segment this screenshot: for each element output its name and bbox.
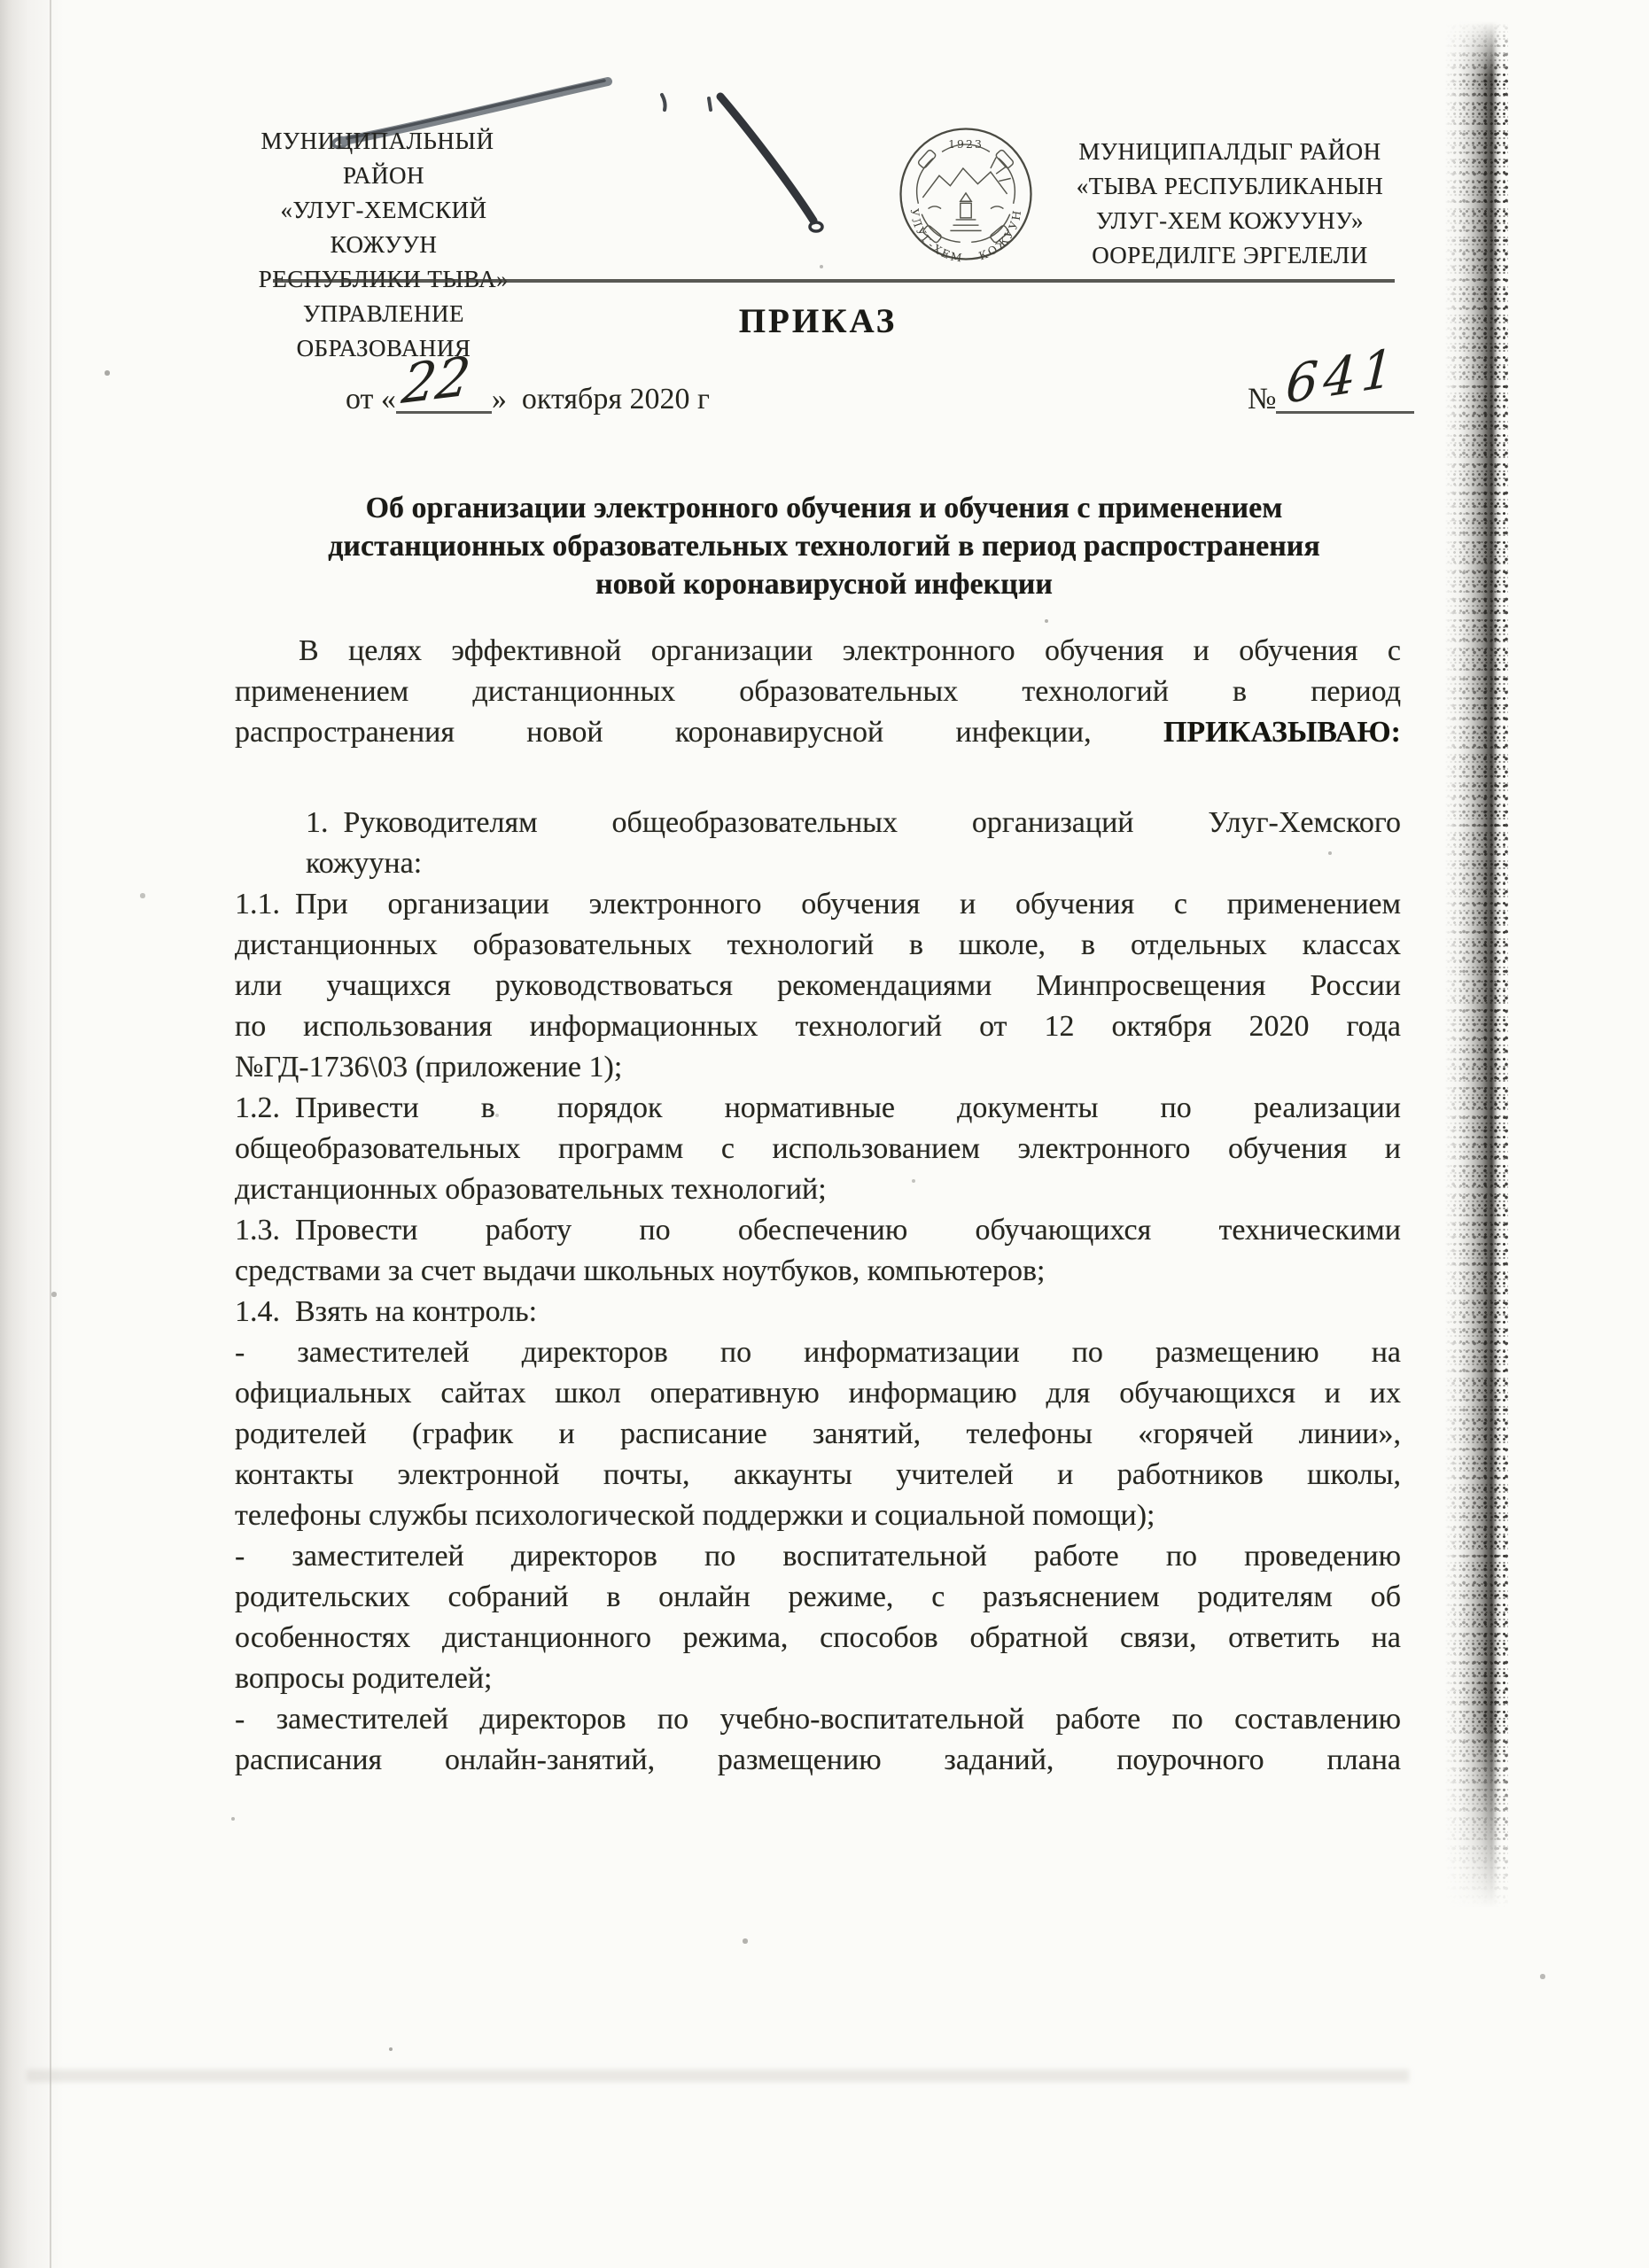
paragraph-item-1-4: 1.4. Взять на контроль: — [235, 1292, 1401, 1332]
text-line: родительских собраний в онлайн режиме, с… — [235, 1577, 1401, 1618]
paragraph-item-1: 1. Руководителям общеобразовательных орг… — [235, 803, 1401, 884]
text-line: 1.1. При организации электронного обучен… — [235, 884, 1401, 925]
text-line: особенностях дистанционного режима, спос… — [235, 1618, 1401, 1658]
text-line: по использования информационных технолог… — [235, 1006, 1401, 1047]
text-line: №ГД-1736\03 (приложение 1); — [235, 1047, 1401, 1088]
pen-tick-1 — [662, 95, 665, 110]
text-line: 1.3. Провести работу по обеспечению обуч… — [235, 1210, 1401, 1251]
text-line: средствами за счет выдачи школьных ноутб… — [235, 1251, 1401, 1292]
order-subject: Об организации электронного обучения и о… — [257, 489, 1391, 603]
paragraph-dash-informatization: - заместителей директоров по информатиза… — [235, 1332, 1401, 1536]
text-line: дистанционных образовательных технологий… — [257, 527, 1391, 565]
page-edge-crease — [50, 0, 51, 2268]
header-rule — [273, 279, 1395, 283]
seal-fields — [929, 206, 1004, 209]
text-line: «УЛУГ-ХЕМСКИЙ КОЖУУН — [237, 193, 530, 262]
text-line: ООРЕДИЛГЕ ЭРГЕЛЕЛИ — [1056, 238, 1404, 273]
scan-bottom-smudge — [27, 2070, 1409, 2082]
svg-text:641: 641 — [1284, 337, 1400, 416]
paragraph-item-1-3: 1.3. Провести работу по обеспечению обуч… — [235, 1210, 1401, 1292]
text-line: родителей (график и расписание занятий, … — [235, 1414, 1401, 1455]
svg-text:22: 22 — [398, 345, 474, 416]
text-line: «ТЫВА РЕСПУБЛИКАНЫН — [1056, 169, 1404, 204]
text-line: официальных сайтах школ оперативную инфо… — [235, 1373, 1401, 1414]
text-line: - заместителей директоров по учебно-восп… — [235, 1699, 1401, 1740]
text-line: 1. Руководителям общеобразовательных орг… — [306, 803, 1401, 843]
paragraph-dash-vospitatelnaya: - заместителей директоров по воспитатель… — [235, 1536, 1401, 1699]
paragraph-item-1-2: 1.2. Привести в порядок нормативные доку… — [235, 1088, 1401, 1210]
text-line: расписания онлайн-занятий, размещению за… — [235, 1740, 1401, 1781]
text-line: 1.2. Привести в порядок нормативные доку… — [235, 1088, 1401, 1129]
seal-year: 1923 — [948, 137, 984, 151]
paragraph-dash-uchebno: - заместителей директоров по учебно-восп… — [235, 1699, 1401, 1781]
handwritten-number: 641 — [1265, 330, 1451, 427]
seal-mountains — [922, 168, 1007, 198]
text-line: общеобразовательных программ с использов… — [235, 1129, 1401, 1169]
paragraph-intro: В целях эффективной организации электрон… — [235, 631, 1401, 753]
text-line: распространения новой коронавирусной инф… — [235, 712, 1401, 753]
text-line: В целях эффективной организации электрон… — [235, 631, 1401, 672]
pen-tick-2 — [709, 98, 711, 110]
text-line: новой коронавирусной инфекции — [257, 565, 1391, 603]
text-line: - заместителей директоров по воспитатель… — [235, 1536, 1401, 1577]
text-line: телефоны службы психологической поддержк… — [235, 1495, 1401, 1536]
text-line: дистанционных образовательных технологий… — [235, 1169, 1401, 1210]
paragraph-item-1-1: 1.1. При организации электронного обучен… — [235, 884, 1401, 1088]
text-line: применением дистанционных образовательны… — [235, 672, 1401, 712]
bold-keyword: ПРИКАЗЫВАЮ: — [1163, 716, 1401, 749]
scan-edge-artifact — [1427, 21, 1508, 1908]
pen-mark-loop — [810, 222, 822, 231]
seal-arc-text: УЛУГ-ХЕМ КОЖУУН — [908, 207, 1024, 265]
text-line: вопросы родителей; — [235, 1658, 1401, 1699]
text-line: контакты электронной почты, аккаунты учи… — [235, 1455, 1401, 1495]
scan-noise-fade — [1427, 21, 1508, 1908]
org-name-tuvan: МУНИЦИПАЛДЫГ РАЙОН«ТЫВА РЕСПУБЛИКАНЫНУЛУ… — [1056, 135, 1404, 273]
scan-specks — [0, 0, 2, 2]
date-suffix: » октября 2020 г — [492, 383, 710, 416]
text-line: МУНИЦИПАЛДЫГ РАЙОН — [1056, 135, 1404, 169]
scanned-order-page: МУНИЦИПАЛЬНЫЙ РАЙОН«УЛУГ-ХЕМСКИЙ КОЖУУНР… — [0, 0, 1649, 2268]
svg-text:УЛУГ-ХЕМ КОЖУУН: УЛУГ-ХЕМ КОЖУУН — [908, 207, 1024, 265]
handwritten-day: 22 — [388, 338, 521, 427]
municipal-seal-emblem: 1923 УЛУГ-ХЕМ КОЖУУН — [888, 117, 1044, 273]
document-type-title: ПРИКАЗ — [235, 301, 1401, 341]
text-line: УЛУГ-ХЕМ КОЖУУНУ» — [1056, 204, 1404, 238]
seal-pagoda — [950, 193, 981, 230]
text-line: - заместителей директоров по информатиза… — [235, 1332, 1401, 1373]
order-body: В целях эффективной организации электрон… — [235, 631, 1401, 1781]
text-line: дистанционных образовательных технологий… — [235, 925, 1401, 966]
pen-mark-diagonal — [720, 97, 813, 221]
text-line: или учащихся руководствоваться рекоменда… — [235, 966, 1401, 1006]
text-line: 1.4. Взять на контроль: — [235, 1292, 1401, 1332]
text-line: Об организации электронного обучения и о… — [257, 489, 1391, 527]
text-line: МУНИЦИПАЛЬНЫЙ РАЙОН — [237, 124, 530, 193]
text-line: кожууна: — [306, 843, 1401, 884]
